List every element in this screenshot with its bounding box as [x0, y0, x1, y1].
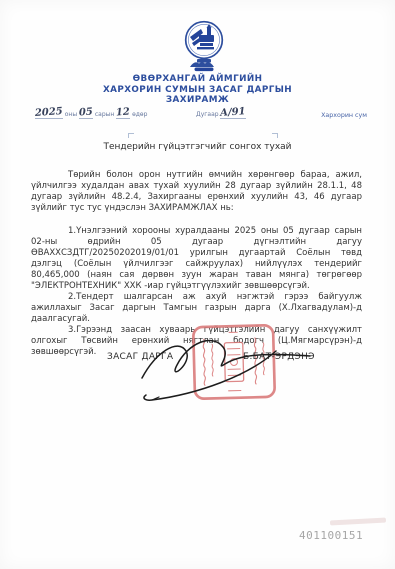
order-item-1: 1.Үнэлгээний хорооны хуралдааны 2025 оны… [31, 226, 362, 292]
day-value: 12 [116, 109, 130, 118]
meta-row: 2025 оны 05 сарын 12 өдөр Дугаар А/91 Ха… [0, 106, 395, 124]
location-label: Хархорин сум [321, 112, 367, 119]
number-label: Дугаар [196, 111, 219, 118]
document-page: ӨВӨРХАНГАЙ АЙМГИЙН ХАРХОРИН СУМЫН ЗАСАГ … [0, 0, 395, 569]
year-label: оны [65, 111, 77, 118]
scan-smudge [330, 518, 386, 526]
handwritten-signature [126, 326, 318, 412]
crop-mark-right [272, 133, 278, 138]
number-field: Дугаар А/91 [196, 110, 246, 119]
date-fields: 2025 оны 05 сарын 12 өдөр [35, 110, 147, 119]
order-item-2: 2.Тендерт шалгарсан аж ахуй нэгжтэй гэрэ… [31, 292, 362, 325]
document-title: Тендерийн гүйцэтгэгчийг сонгох тухай [0, 142, 395, 152]
crop-mark-left [128, 133, 134, 138]
day-label: өдөр [132, 111, 147, 118]
org-header: ӨВӨРХАНГАЙ АЙМГИЙН ХАРХОРИН СУМЫН ЗАСАГ … [0, 74, 395, 106]
org-line-aimag: ӨВӨРХАНГАЙ АЙМГИЙН [0, 74, 395, 85]
org-line-sum: ХАРХОРИН СУМЫН ЗАСАГ ДАРГЫН [0, 85, 395, 96]
month-label: сарын [95, 111, 114, 118]
year-blank: 2025 [35, 110, 63, 119]
number-value: А/91 [220, 108, 246, 118]
month-value: 05 [79, 109, 93, 118]
doc-type: ЗАХИРАМЖ [0, 95, 395, 106]
year-value: 2025 [35, 108, 63, 118]
number-blank: А/91 [220, 110, 246, 119]
legal-basis-paragraph: Төрийн болон орон нутгийн өмчийн хөрөнгө… [31, 170, 362, 214]
day-blank: 12 [116, 110, 130, 119]
serial-number: 401100151 [299, 529, 363, 542]
government-emblem-icon [180, 20, 228, 72]
month-blank: 05 [79, 110, 93, 119]
